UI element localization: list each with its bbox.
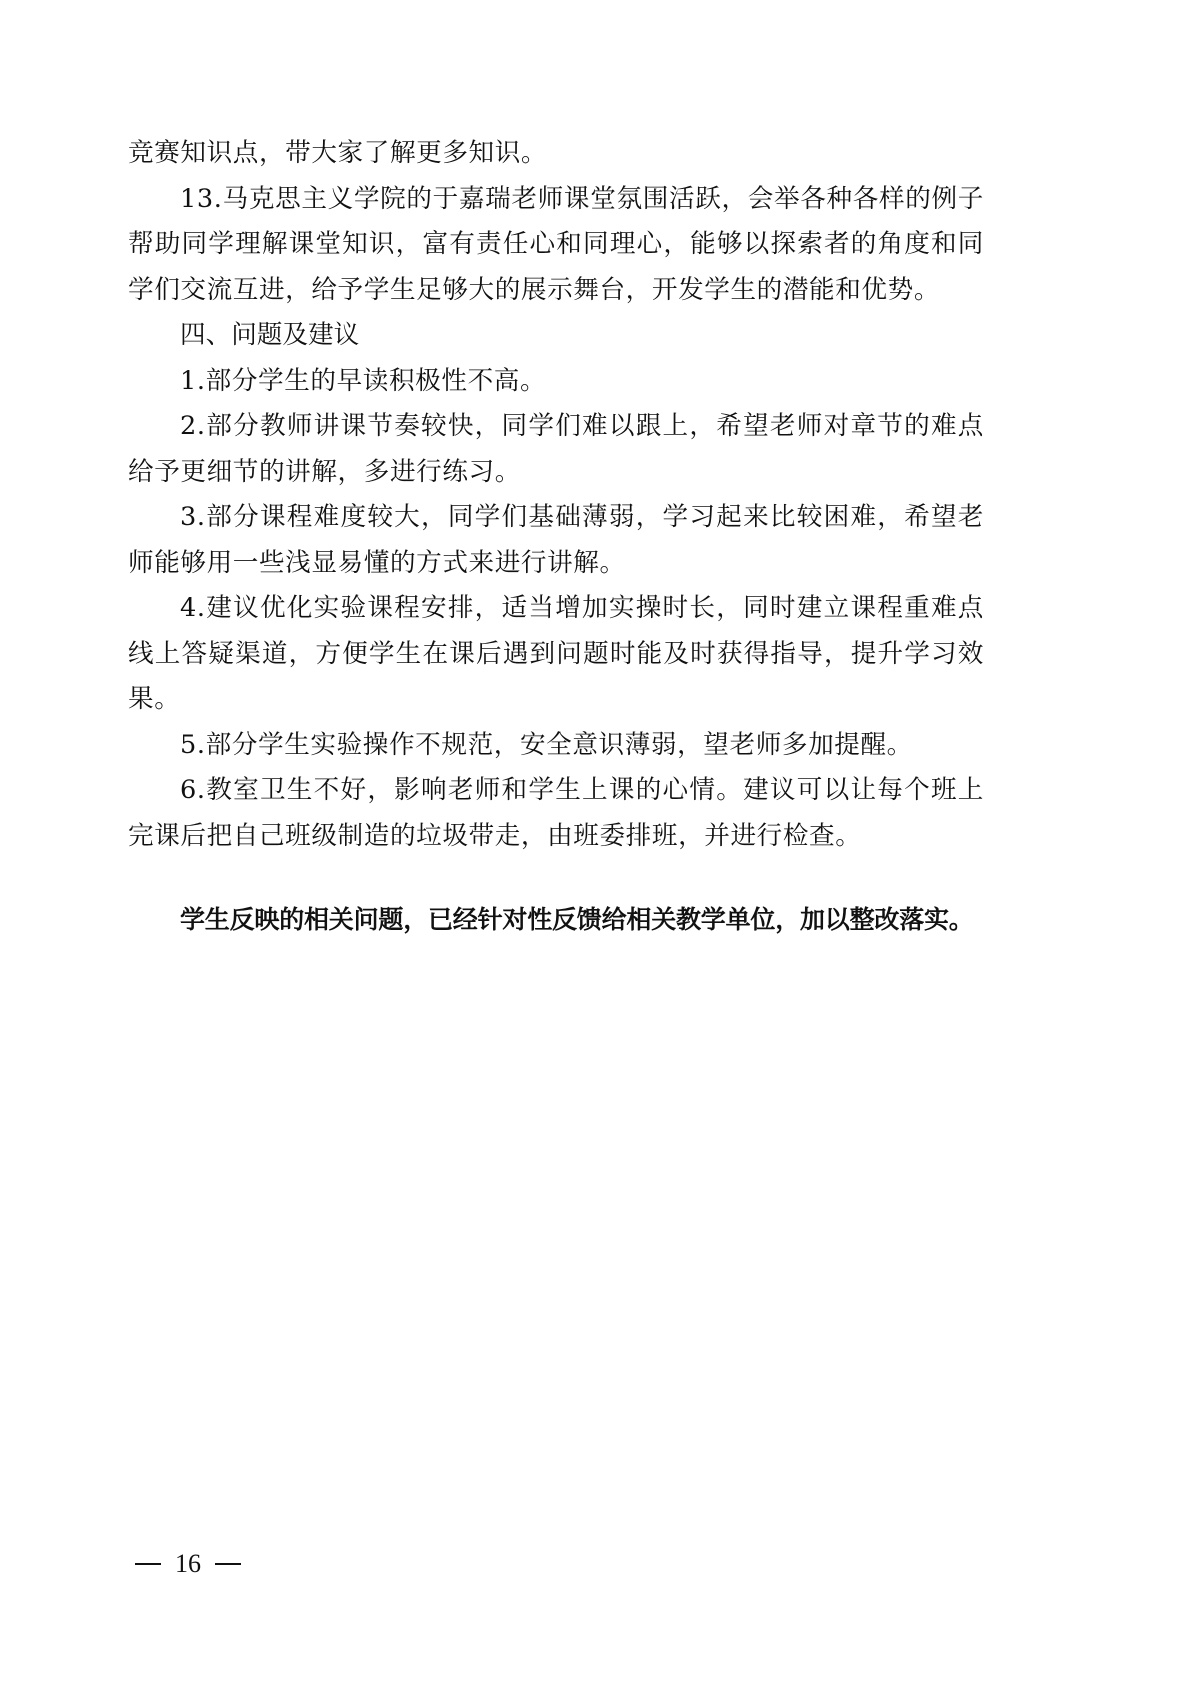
item-text: 教室卫生不好，影响老师和学生上课的心情。建议可以让每个班上完课后把自己班级制造的… (128, 775, 984, 851)
praise-item-13: 13.马克思主义学院的于嘉瑞老师课堂氛围活跃，会举各种各样的例子帮助同学理解课堂… (128, 177, 984, 314)
item-text: 马克思主义学院的于嘉瑞老师课堂氛围活跃，会举各种各样的例子帮助同学理解课堂知识，… (128, 184, 984, 305)
item-text: 部分学生实验操作不规范，安全意识薄弱，望老师多加提醒。 (206, 730, 913, 760)
item-number: 4. (180, 593, 206, 623)
item-text: 部分教师讲课节奏较快，同学们难以跟上，希望老师对章节的难点给予更细节的讲解，多进… (128, 411, 984, 487)
item-text: 部分学生的早读积极性不高。 (206, 366, 547, 396)
item-number: 3. (180, 502, 206, 532)
item-number: 13. (180, 184, 223, 214)
issue-item-2: 2.部分教师讲课节奏较快，同学们难以跟上，希望老师对章节的难点给予更细节的讲解，… (128, 404, 984, 495)
issue-item-6: 6.教室卫生不好，影响老师和学生上课的心情。建议可以让每个班上完课后把自己班级制… (128, 768, 984, 859)
section-heading: 四、问题及建议 (128, 313, 984, 359)
document-body: 竞赛知识点，带大家了解更多知识。 13.马克思主义学院的于嘉瑞老师课堂氛围活跃，… (128, 131, 984, 943)
continuation-paragraph: 竞赛知识点，带大家了解更多知识。 (128, 131, 984, 177)
item-number: 5. (180, 730, 206, 760)
issue-item-5: 5.部分学生实验操作不规范，安全意识薄弱，望老师多加提醒。 (128, 723, 984, 769)
issue-item-4: 4.建议优化实验课程安排，适当增加实操时长，同时建立课程重难点线上答疑渠道，方便… (128, 586, 984, 723)
item-text: 建议优化实验课程安排，适当增加实操时长，同时建立课程重难点线上答疑渠道，方便学生… (128, 593, 984, 714)
item-number: 2. (180, 411, 206, 441)
item-number: 6. (180, 775, 206, 805)
item-text: 部分课程难度较大，同学们基础薄弱，学习起来比较困难，希望老师能够用一些浅显易懂的… (128, 502, 984, 578)
continuation-text: 竞赛知识点，带大家了解更多知识。 (128, 138, 547, 168)
footer-dash-right (215, 1563, 241, 1565)
conclusion-statement: 学生反映的相关问题，已经针对性反馈给相关教学单位，加以整改落实。 (128, 897, 984, 943)
item-number: 1. (180, 366, 206, 396)
footer-dash-left (135, 1563, 161, 1565)
page-number: 16 (175, 1549, 201, 1579)
issue-item-1: 1.部分学生的早读积极性不高。 (128, 359, 984, 405)
page-footer: 16 (135, 1549, 241, 1579)
issue-item-3: 3.部分课程难度较大，同学们基础薄弱，学习起来比较困难，希望老师能够用一些浅显易… (128, 495, 984, 586)
